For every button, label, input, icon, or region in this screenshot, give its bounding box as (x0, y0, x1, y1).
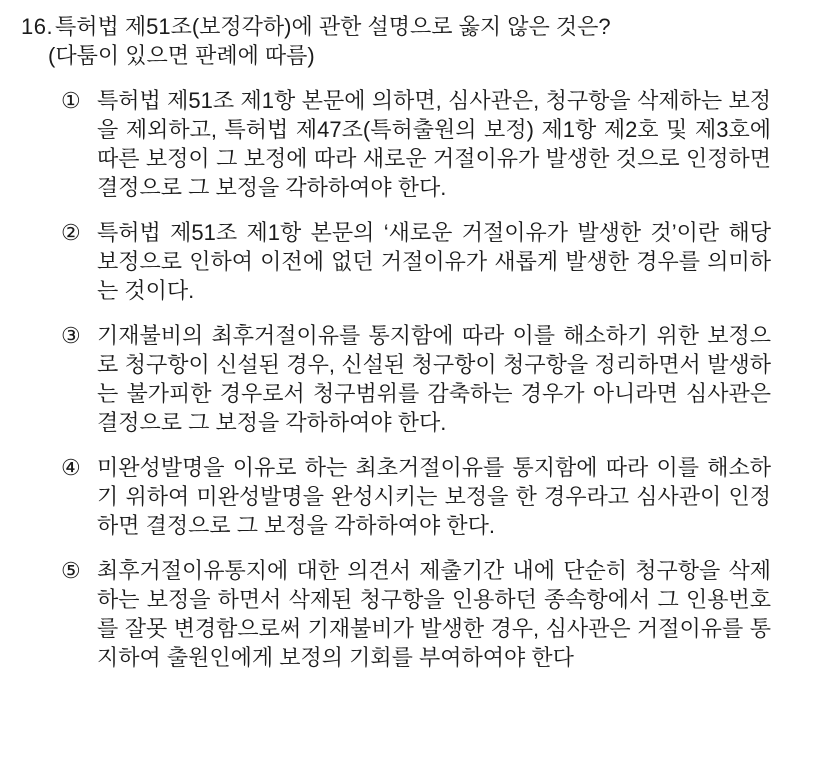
option-3-text: 기재불비의 최후거절이유를 통지함에 따라 이를 해소하기 위한 보정으로 청구… (97, 321, 771, 437)
option-4-marker: ④ (61, 453, 97, 482)
question-note: (다툼이 있으면 판례에 따름) (48, 41, 771, 70)
option-4: ④ 미완성발명을 이유로 하는 최초거절이유를 통지함에 따라 이를 해소하기 … (61, 453, 826, 540)
option-1-marker: ① (61, 86, 97, 115)
option-5-marker: ⑤ (61, 556, 97, 585)
option-2-text: 특허법 제51조 제1항 본문의 ‘새로운 거절이유가 발생한 것’이란 해당 … (97, 218, 771, 305)
option-5-text: 최후거절이유통지에 대한 의견서 제출기간 내에 단순히 청구항을 삭제하는 보… (97, 556, 771, 672)
option-3-marker: ③ (61, 321, 97, 350)
option-2-marker: ② (61, 218, 97, 247)
option-4-text: 미완성발명을 이유로 하는 최초거절이유를 통지함에 따라 이를 해소하기 위하… (97, 453, 771, 540)
option-5: ⑤ 최후거절이유통지에 대한 의견서 제출기간 내에 단순히 청구항을 삭제하는… (61, 556, 826, 672)
question-text: 특허법 제51조(보정각하)에 관한 설명으로 옳지 않은 것은? (55, 12, 771, 41)
question-header: 16. 특허법 제51조(보정각하)에 관한 설명으로 옳지 않은 것은? (다… (21, 12, 826, 70)
question-body: 특허법 제51조(보정각하)에 관한 설명으로 옳지 않은 것은? (다툼이 있… (55, 12, 771, 70)
option-1-text: 특허법 제51조 제1항 본문에 의하면, 심사관은, 청구항을 삭제하는 보정… (97, 86, 771, 202)
exam-page: 16. 특허법 제51조(보정각하)에 관한 설명으로 옳지 않은 것은? (다… (0, 0, 826, 784)
option-1: ① 특허법 제51조 제1항 본문에 의하면, 심사관은, 청구항을 삭제하는 … (61, 86, 826, 202)
option-3: ③ 기재불비의 최후거절이유를 통지함에 따라 이를 해소하기 위한 보정으로 … (61, 321, 826, 437)
options-list: ① 특허법 제51조 제1항 본문에 의하면, 심사관은, 청구항을 삭제하는 … (61, 86, 826, 672)
option-2: ② 특허법 제51조 제1항 본문의 ‘새로운 거절이유가 발생한 것’이란 해… (61, 218, 826, 305)
question-number: 16. (21, 12, 55, 41)
